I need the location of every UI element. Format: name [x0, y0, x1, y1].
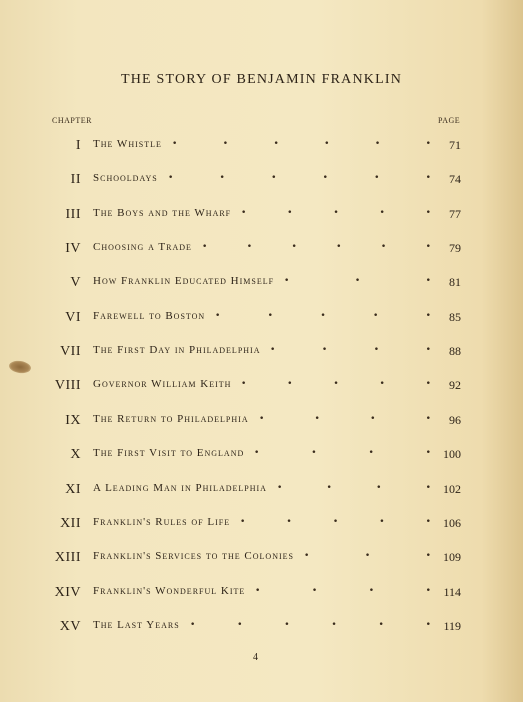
toc-entry: VIIThe First Day in Philadelphia····88 — [0, 344, 523, 364]
chapter-page: 102 — [443, 482, 461, 497]
toc-entry: IISchooldays······74 — [0, 172, 523, 192]
chapter-title: Franklin's Wonderful Kite — [93, 585, 245, 597]
toc-entry: XIA Leading Man in Philadelphia····102 — [0, 482, 523, 502]
chapter-title: The Last Years — [93, 619, 180, 631]
chapter-page: 77 — [449, 207, 461, 222]
dot-leader: ···· — [255, 582, 431, 600]
toc-entry: VHow Franklin Educated Himself···81 — [0, 275, 523, 295]
chapter-number: VIII — [55, 378, 81, 394]
chapter-title: The First Visit to England — [93, 447, 244, 459]
chapter-page: 85 — [449, 310, 461, 325]
toc-entry: XIIFranklin's Rules of Life·····106 — [0, 516, 523, 536]
chapter-title: Schooldays — [93, 172, 158, 184]
chapter-number: XI — [65, 482, 81, 498]
book-page: THE STORY OF BENJAMIN FRANKLIN CHAPTER P… — [0, 0, 523, 702]
chapter-title: The First Day in Philadelphia — [93, 344, 260, 356]
chapter-number: XIV — [55, 585, 81, 601]
dot-leader: ······ — [168, 169, 431, 187]
toc-entry: XVThe Last Years······119 — [0, 619, 523, 639]
toc-entry: XIVFranklin's Wonderful Kite····114 — [0, 585, 523, 605]
chapter-page: 119 — [443, 619, 461, 634]
toc-entry: IVChoosing a Trade······79 — [0, 241, 523, 261]
chapter-page: 79 — [449, 241, 461, 256]
toc-entry: XThe First Visit to England····100 — [0, 447, 523, 467]
dot-leader: ····· — [241, 204, 431, 222]
chapter-column-header: CHAPTER — [52, 116, 92, 125]
chapter-title: Choosing a Trade — [93, 241, 192, 253]
chapter-title: Farewell to Boston — [93, 310, 205, 322]
chapter-number: XV — [60, 619, 81, 635]
chapter-number: II — [71, 172, 81, 188]
chapter-page: 114 — [443, 585, 461, 600]
toc-entry: VIFarewell to Boston·····85 — [0, 310, 523, 330]
toc-entry: IIIThe Boys and the Wharf·····77 — [0, 207, 523, 227]
page-column-header: PAGE — [438, 116, 460, 125]
dot-leader: ······ — [172, 135, 431, 153]
toc-entry: XIIIFranklin's Services to the Colonies·… — [0, 550, 523, 570]
chapter-number: I — [76, 138, 81, 154]
chapter-title: Franklin's Rules of Life — [93, 516, 230, 528]
dot-leader: ··· — [304, 547, 431, 565]
dot-leader: ··· — [284, 272, 431, 290]
chapter-page: 88 — [449, 344, 461, 359]
chapter-number: VII — [60, 344, 81, 360]
chapter-page: 74 — [449, 172, 461, 187]
dot-leader: ······ — [190, 616, 431, 634]
dot-leader: ······ — [202, 238, 431, 256]
dot-leader: ···· — [259, 410, 431, 428]
chapter-page: 92 — [449, 378, 461, 393]
toc-entry: IThe Whistle······71 — [0, 138, 523, 158]
chapter-number: IX — [65, 413, 81, 429]
dot-leader: ····· — [240, 513, 431, 531]
toc-entry: VIIIGovernor William Keith·····92 — [0, 378, 523, 398]
chapter-title: The Return to Philadelphia — [93, 413, 249, 425]
chapter-title: The Whistle — [93, 138, 162, 150]
page-number: 4 — [253, 652, 258, 663]
dot-leader: ···· — [254, 444, 431, 462]
chapter-page: 109 — [443, 550, 461, 565]
chapter-title: How Franklin Educated Himself — [93, 275, 274, 287]
page-title: THE STORY OF BENJAMIN FRANKLIN — [0, 72, 523, 88]
chapter-number: XIII — [55, 550, 81, 566]
chapter-title: Franklin's Services to the Colonies — [93, 550, 294, 562]
dot-leader: ···· — [277, 479, 431, 497]
chapter-page: 106 — [443, 516, 461, 531]
chapter-number: XII — [60, 516, 81, 532]
chapter-page: 81 — [449, 275, 461, 290]
chapter-number: III — [66, 207, 82, 223]
toc-entry: IXThe Return to Philadelphia····96 — [0, 413, 523, 433]
dot-leader: ···· — [270, 341, 431, 359]
chapter-number: VI — [65, 310, 81, 326]
chapter-page: 100 — [443, 447, 461, 462]
chapter-number: X — [70, 447, 81, 463]
chapter-title: The Boys and the Wharf — [93, 207, 231, 219]
chapter-title: Governor William Keith — [93, 378, 231, 390]
chapter-number: V — [70, 275, 81, 291]
chapter-title: A Leading Man in Philadelphia — [93, 482, 267, 494]
dot-leader: ····· — [215, 307, 431, 325]
chapter-page: 71 — [449, 138, 461, 153]
dot-leader: ····· — [241, 375, 431, 393]
chapter-page: 96 — [449, 413, 461, 428]
chapter-number: IV — [65, 241, 81, 257]
